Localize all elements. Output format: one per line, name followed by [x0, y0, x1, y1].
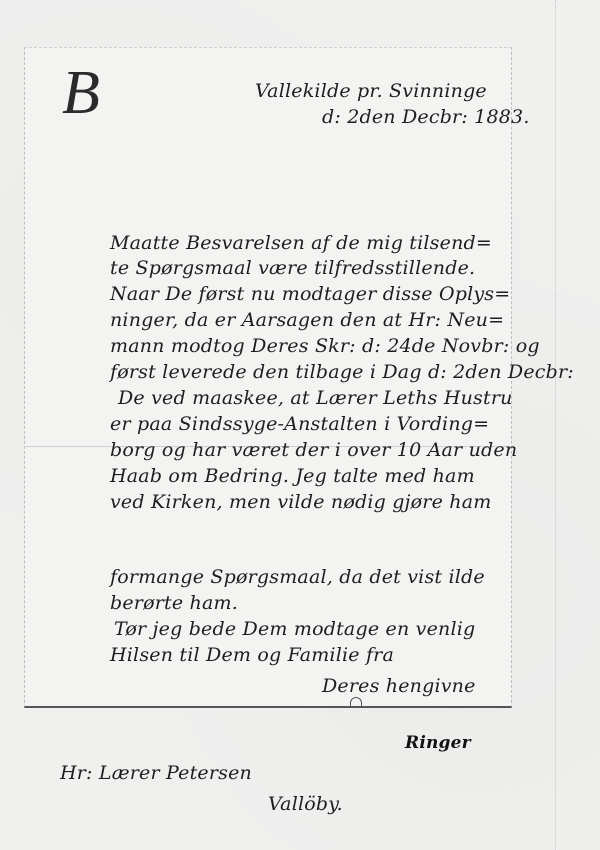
- addressee-place: Vallöby.: [268, 793, 343, 815]
- body-line: formange Spørgsmaal, da det vist ilde: [110, 566, 485, 588]
- body-line: mann modtog Deres Skr: d: 24de Novbr: og: [110, 335, 540, 357]
- body-line: Haab om Bedring. Jeg talte med ham: [110, 465, 475, 487]
- body-line: Naar De først nu modtager disse Oplys=: [110, 283, 510, 305]
- body-line: te Spørgsmaal være tilfredsstillende.: [110, 257, 475, 279]
- body-line: først leverede den tilbage i Dag d: 2den…: [110, 361, 574, 383]
- letter-closing: Deres hengivne: [322, 675, 476, 697]
- paper-notch: [350, 697, 362, 706]
- body-line: De ved maaskee, at Lærer Leths Hustru: [118, 387, 513, 409]
- body-line: berørte ham.: [110, 592, 238, 614]
- body-line: borg og har været der i over 10 Aar uden: [110, 439, 517, 461]
- body-line: Tør jeg bede Dem modtage en venlig: [114, 618, 475, 640]
- letter-place: Vallekilde pr. Svinninge: [255, 80, 487, 102]
- body-line: er paa Sindssyge-Anstalten i Vording=: [110, 413, 489, 435]
- body-line: Hilsen til Dem og Familie fra: [110, 644, 394, 666]
- archive-mark: B: [62, 62, 100, 124]
- body-line: Maatte Besvarelsen af de mig tilsend=: [110, 232, 492, 254]
- letter-date: d: 2den Decbr: 1883.: [322, 106, 530, 128]
- signature: Ringer: [405, 733, 471, 753]
- page-edge: [555, 0, 556, 850]
- body-line: ved Kirken, men vilde nødig gjøre ham: [110, 491, 491, 513]
- addressee-name: Hr: Lærer Petersen: [60, 762, 252, 784]
- body-line: ninger, da er Aarsagen den at Hr: Neu=: [110, 309, 504, 331]
